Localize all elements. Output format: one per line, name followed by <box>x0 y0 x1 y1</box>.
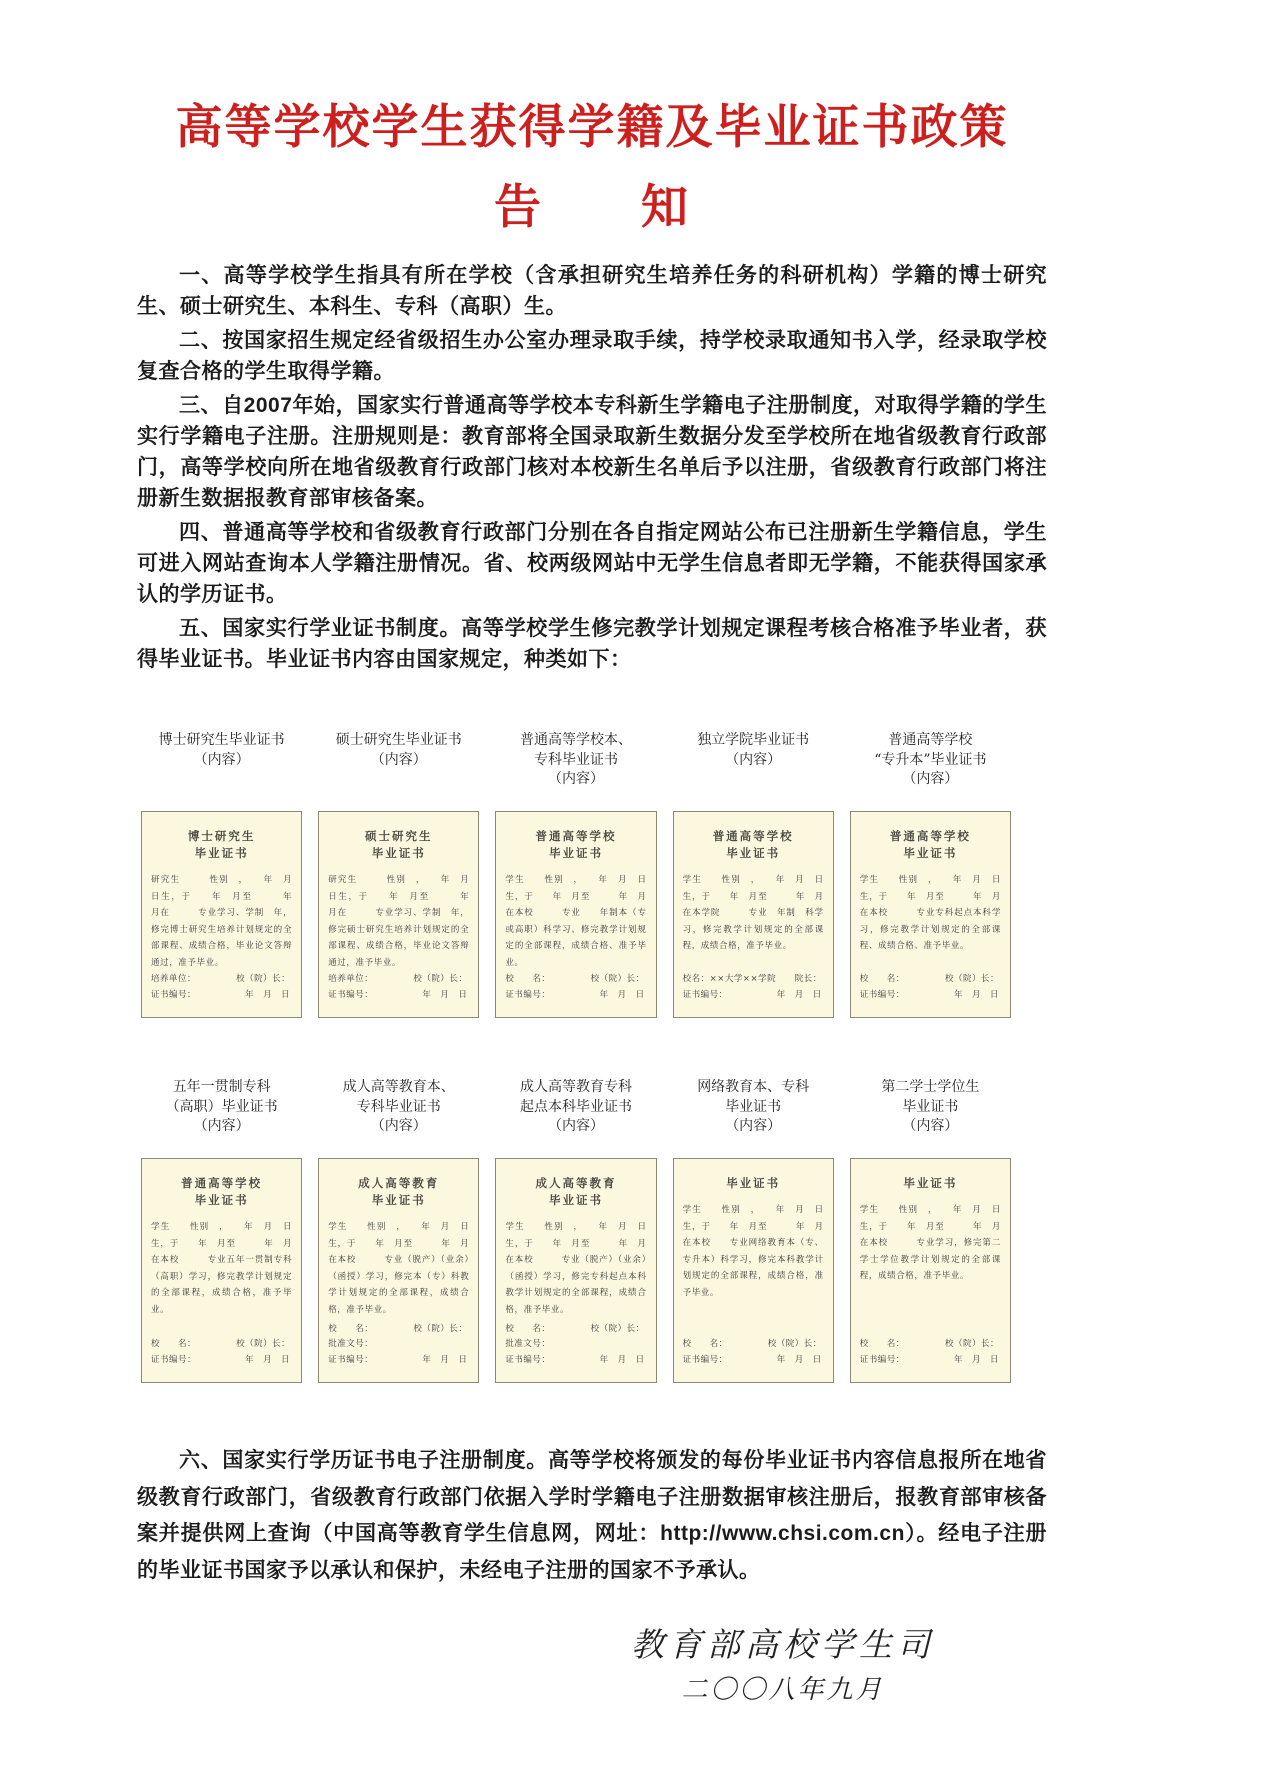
certificate-footer-line: 校 名：校（院）长： <box>151 1337 292 1353</box>
certificate-card-title-line: 毕业证书 <box>328 845 469 862</box>
certificate-footer-left: 证书编号： <box>328 988 373 1004</box>
certificate-footer-left: 证书编号： <box>328 1353 373 1369</box>
certificate-footer-left: 证书编号： <box>860 1353 905 1369</box>
certificate-footer-line: 校 名：校（院）长： <box>505 1322 646 1338</box>
certificate-footer-line: 证书编号：年 月 日 <box>683 1353 824 1369</box>
page-title-line2: 告 知 <box>494 180 690 235</box>
certificate-card: 普通高等学校毕业证书学生 性别 ， 年 月 日生，于 年 月至 年 月在本校 专… <box>850 811 1011 1018</box>
certificate-card-title-line: 毕业证书 <box>328 1192 469 1209</box>
certificate-label-line: 专科毕业证书 <box>495 751 656 771</box>
certificate-footer-right: 年 月 日 <box>422 1353 469 1369</box>
certificate-footer-right: 年 月 日 <box>245 1353 292 1369</box>
certificate-footer-left: 证书编号： <box>505 988 550 1004</box>
policy-paragraph: 二、按国家招生规定经省级招生办公室办理录取手续，持学校录取通知书入学，经录取学校… <box>137 325 1047 387</box>
certificate-card-footer: 校名：××大学××学院院长：证书编号：年 月 日 <box>683 972 824 1003</box>
certificate-card: 普通高等学校毕业证书学生 性别 ， 年 月 日生，于 年 月至 年 月在本校 专… <box>495 811 656 1018</box>
certificate-cell: 网络教育本、专科毕业证书（内容）毕业证书学生 性别 ， 年 月 日生，于 年 月… <box>673 1074 834 1383</box>
certificate-card-title-line: 普通高等学校 <box>683 828 824 845</box>
certificate-card-title-line: 博士研究生 <box>151 828 292 845</box>
certificate-label-line: 成人高等教育本、 <box>318 1078 479 1098</box>
certificate-card-title-line: 毕业证书 <box>505 845 646 862</box>
certificate-label: 网络教育本、专科毕业证书（内容） <box>673 1074 834 1158</box>
certificate-footer-line: 证书编号：年 月 日 <box>328 988 469 1004</box>
certificate-label-line: 普通高等学校 <box>850 731 1011 751</box>
certificate-footer-left: 校 名： <box>860 1337 905 1353</box>
certificate-card-title-line: 普通高等学校 <box>860 828 1001 845</box>
certificate-label: 第二学士学位生毕业证书（内容） <box>850 1074 1011 1158</box>
certificate-footer-right: 年 月 日 <box>777 1353 824 1369</box>
certificate-footer-left: 校 名： <box>328 1322 373 1338</box>
certificate-label-line: 毕业证书 <box>850 1098 1011 1118</box>
certificate-card-footer: 校 名：校（院）长：批准文号：证书编号：年 月 日 <box>328 1322 469 1369</box>
certificate-footer-line: 批准文号： <box>328 1337 469 1353</box>
certificate-card-title-line: 毕业证书 <box>505 1192 646 1209</box>
closing-section: 六、国家实行学历证书电子注册制度。高等学校将颁发的每份毕业证书内容信息报所在地省… <box>137 1443 1047 1589</box>
certificate-footer-line: 校 名：校（院）长： <box>328 1322 469 1338</box>
certificate-cell: 五年一贯制专科（高职）毕业证书（内容）普通高等学校毕业证书学生 性别 ， 年 月… <box>141 1074 302 1383</box>
certificate-card-body: 研究生 性别 ， 年 月 日生，于 年 月至 年 月在 专业学习、学制 年，修完… <box>151 872 292 971</box>
certificate-footer-right <box>645 1337 647 1353</box>
certificate-label: 硕士研究生毕业证书（内容） <box>318 727 479 811</box>
certificate-card-title-line: 普通高等学校 <box>505 828 646 845</box>
certificate-card: 普通高等学校毕业证书学生 性别 ， 年 月 日生，于 年 月至 年 月在本校 专… <box>141 1158 302 1383</box>
certificate-footer-line: 校名：××大学××学院院长： <box>683 972 824 988</box>
certificate-footer-left: 证书编号： <box>151 1353 196 1369</box>
certificate-label-line: 毕业证书 <box>673 1098 834 1118</box>
certificate-footer-right: 年 月 日 <box>954 988 1001 1004</box>
certificate-footer-right: 年 月 日 <box>777 988 824 1004</box>
certificate-card-title: 成人高等教育毕业证书 <box>328 1175 469 1209</box>
certificate-footer-line: 证书编号：年 月 日 <box>151 1353 292 1369</box>
certificate-footer-right: 校（院）长： <box>413 1322 469 1338</box>
certificate-card-title: 普通高等学校毕业证书 <box>505 828 646 862</box>
certificate-card-body: 学生 性别 ， 年 月 日生，于 年 月至 年 月在本学院 专业 年制 科学习，… <box>683 872 824 955</box>
certificate-footer-right: 校（院）长： <box>236 1337 292 1353</box>
certificate-label: 独立学院毕业证书（内容） <box>673 727 834 811</box>
certificate-card: 毕业证书学生 性别 ， 年 月 日生，于 年 月至 年 月在本校 专业学习，修完… <box>850 1158 1011 1383</box>
certificate-card-title-line: 普通高等学校 <box>151 1175 292 1192</box>
certificate-footer-left: 培养单位： <box>151 972 196 988</box>
certificate-footer-line: 证书编号：年 月 日 <box>860 1353 1001 1369</box>
certificate-label-line: 起点本科毕业证书 <box>495 1098 656 1118</box>
certificate-card-footer: 校 名：校（院）长：证书编号：年 月 日 <box>860 972 1001 1003</box>
certificate-label-line: （内容） <box>850 1117 1011 1137</box>
certificate-card: 硕士研究生毕业证书研究生 性别 ， 年 月 日生，于 年 月至 年 月在 专业学… <box>318 811 479 1018</box>
certificate-label: 普通高等学校“专升本”毕业证书（内容） <box>850 727 1011 811</box>
certificate-card-title: 普通高等学校毕业证书 <box>860 828 1001 862</box>
certificate-card-body: 研究生 性别 ， 年 月 日生，于 年 月至 年 月在 专业学习、学制 年，修完… <box>328 872 469 971</box>
certificate-label-line: 第二学士学位生 <box>850 1078 1011 1098</box>
signature-block: 教育部高校学生司 二〇〇八年九月 <box>137 1625 1047 1707</box>
certificate-card-footer: 培养单位：校（院）长：证书编号：年 月 日 <box>328 972 469 1003</box>
certificate-card-title-line: 毕业证书 <box>860 845 1001 862</box>
certificate-footer-left: 批准文号： <box>505 1337 550 1353</box>
page-title-line1: 高等学校学生获得学籍及毕业证书政策 <box>176 100 1009 155</box>
certificate-label-line: （高职）毕业证书 <box>141 1098 302 1118</box>
certificate-footer-left: 证书编号： <box>683 988 728 1004</box>
policy-paragraph: 三、自2007年始，国家实行普通高等学校本专科新生学籍电子注册制度，对取得学籍的… <box>137 390 1047 514</box>
certificate-footer-right: 校（院）长： <box>236 972 292 988</box>
certificate-label-line: 五年一贯制专科 <box>141 1078 302 1098</box>
certificate-label-line: 硕士研究生毕业证书 <box>318 731 479 751</box>
certificate-card-footer: 培养单位：校（院）长：证书编号：年 月 日 <box>151 972 292 1003</box>
certificate-label-line: （内容） <box>673 1117 834 1137</box>
certificate-card-title: 毕业证书 <box>860 1175 1001 1192</box>
certificate-label: 博士研究生毕业证书（内容） <box>141 727 302 811</box>
certificate-footer-left: 校 名： <box>683 1337 728 1353</box>
closing-paragraph: 六、国家实行学历证书电子注册制度。高等学校将颁发的每份毕业证书内容信息报所在地省… <box>137 1443 1047 1589</box>
policy-paragraph: 五、国家实行学业证书制度。高等学校学生修完教学计划规定课程考核合格准予毕业者，获… <box>137 613 1047 675</box>
certificate-footer-line: 培养单位：校（院）长： <box>151 972 292 988</box>
certificate-card-body: 学生 性别 ， 年 月 日生，于 年 月至 年 月在本校 专业五年一贯制专科（高… <box>151 1219 292 1318</box>
certificate-card-title: 普通高等学校毕业证书 <box>683 828 824 862</box>
certificate-card-body: 学生 性别 ， 年 月 日生，于 年 月至 年 月在本校 专业（脱产）（业余）（… <box>328 1219 469 1318</box>
certificate-card-title: 博士研究生毕业证书 <box>151 828 292 862</box>
certificate-footer-right: 年 月 日 <box>954 1353 1001 1369</box>
certificate-card: 普通高等学校毕业证书学生 性别 ， 年 月 日生，于 年 月至 年 月在本学院 … <box>673 811 834 1018</box>
certificate-cell: 成人高等教育专科起点本科毕业证书（内容）成人高等教育毕业证书学生 性别 ， 年 … <box>495 1074 656 1383</box>
certificate-footer-left: 证书编号： <box>860 988 905 1004</box>
signature-issuer: 教育部高校学生司 <box>631 1625 935 1665</box>
certificate-card-footer: 校 名：校（院）长：证书编号：年 月 日 <box>151 1337 292 1368</box>
certificate-label: 成人高等教育本、专科毕业证书（内容） <box>318 1074 479 1158</box>
certificate-card-title: 普通高等学校毕业证书 <box>151 1175 292 1209</box>
certificate-footer-left: 批准文号： <box>328 1337 373 1353</box>
certificate-label: 五年一贯制专科（高职）毕业证书（内容） <box>141 1074 302 1158</box>
signature-date: 二〇〇八年九月 <box>631 1673 935 1707</box>
certificate-label-line: 普通高等学校本、 <box>495 731 656 751</box>
certificate-cell: 独立学院毕业证书（内容）普通高等学校毕业证书学生 性别 ， 年 月 日生，于 年… <box>673 727 834 1018</box>
certificate-cell: 成人高等教育本、专科毕业证书（内容）成人高等教育毕业证书学生 性别 ， 年 月 … <box>318 1074 479 1383</box>
certificate-cell: 普通高等学校“专升本”毕业证书（内容）普通高等学校毕业证书学生 性别 ， 年 月… <box>850 727 1011 1018</box>
certificate-footer-left: 证书编号： <box>505 1353 550 1369</box>
certificate-card-body: 学生 性别 ， 年 月 日生，于 年 月至 年 月在本校 专业 年制本（专或高职… <box>505 872 646 971</box>
certificate-footer-right: 校（院）长： <box>591 1322 647 1338</box>
certificate-footer-line: 证书编号：年 月 日 <box>683 988 824 1004</box>
certificate-cell: 第二学士学位生毕业证书（内容）毕业证书学生 性别 ， 年 月 日生，于 年 月至… <box>850 1074 1011 1383</box>
certificate-footer-left: 校 名： <box>505 1322 550 1338</box>
certificate-card-body: 学生 性别 ， 年 月 日生，于 年 月至 年 月在本校 专业网络教育本（专、专… <box>683 1202 824 1301</box>
certificate-card: 博士研究生毕业证书研究生 性别 ， 年 月 日生，于 年 月至 年 月在 专业学… <box>141 811 302 1018</box>
certificate-label-line: （内容） <box>495 1117 656 1137</box>
certificate-label-line: （内容） <box>673 751 834 771</box>
certificate-card: 成人高等教育毕业证书学生 性别 ， 年 月 日生，于 年 月至 年 月在本校 专… <box>495 1158 656 1383</box>
certificate-card-title-line: 毕业证书 <box>860 1175 1001 1192</box>
certificate-card-body: 学生 性别 ， 年 月 日生，于 年 月至 年 月在本校 专业（脱产）（业余）（… <box>505 1219 646 1318</box>
certificate-label-line: 独立学院毕业证书 <box>673 731 834 751</box>
certificate-card-title-line: 硕士研究生 <box>328 828 469 845</box>
page-title: 高等学校学生获得学籍及毕业证书政策告 知 <box>137 88 1047 248</box>
policy-paragraphs: 一、高等学校学生指具有所在学校（含承担研究生培养任务的科研机构）学籍的博士研究生… <box>137 260 1047 675</box>
document-page: 高等学校学生获得学籍及毕业证书政策告 知 一、高等学校学生指具有所在学校（含承担… <box>0 0 1280 1776</box>
certificate-footer-right: 年 月 日 <box>600 1353 647 1369</box>
certificate-card-title-line: 成人高等教育 <box>328 1175 469 1192</box>
certificate-footer-right: 年 月 日 <box>600 988 647 1004</box>
certificate-footer-right: 校（院）长： <box>591 972 647 988</box>
certificate-footer-left: 校 名： <box>151 1337 196 1353</box>
certificate-footer-left: 培养单位： <box>328 972 373 988</box>
certificate-card: 毕业证书学生 性别 ， 年 月 日生，于 年 月至 年 月在本校 专业网络教育本… <box>673 1158 834 1383</box>
certificate-card-footer: 校 名：校（院）长：批准文号：证书编号：年 月 日 <box>505 1322 646 1369</box>
certificate-card: 成人高等教育毕业证书学生 性别 ， 年 月 日生，于 年 月至 年 月在本校 专… <box>318 1158 479 1383</box>
certificate-label: 普通高等学校本、专科毕业证书（内容） <box>495 727 656 811</box>
certificate-label-line: “专升本”毕业证书 <box>850 751 1011 771</box>
certificate-footer-line: 校 名：校（院）长： <box>860 1337 1001 1353</box>
certificate-footer-line: 证书编号：年 月 日 <box>860 988 1001 1004</box>
policy-paragraph: 四、普通高等学校和省级教育行政部门分别在各自指定网站公布已注册新生学籍信息，学生… <box>137 517 1047 610</box>
certificate-footer-left: 校 名： <box>860 972 905 988</box>
certificate-footer-right <box>467 1337 469 1353</box>
certificate-label-line: （内容） <box>318 751 479 771</box>
certificate-label-line: 网络教育本、专科 <box>673 1078 834 1098</box>
certificate-footer-line: 证书编号：年 月 日 <box>505 1353 646 1369</box>
certificate-footer-right: 校（院）长： <box>945 1337 1001 1353</box>
certificate-footer-line: 证书编号：年 月 日 <box>328 1353 469 1369</box>
certificate-grid: 博士研究生毕业证书（内容）博士研究生毕业证书研究生 性别 ， 年 月 日生，于 … <box>141 727 1011 1383</box>
policy-paragraph: 一、高等学校学生指具有所在学校（含承担研究生培养任务的科研机构）学籍的博士研究生… <box>137 260 1047 322</box>
certificate-footer-right: 校（院）长： <box>945 972 1001 988</box>
certificate-footer-left: 证书编号： <box>683 1353 728 1369</box>
certificate-card-title-line: 毕业证书 <box>151 1192 292 1209</box>
certificate-card-title-line: 成人高等教育 <box>505 1175 646 1192</box>
certificate-footer-right: 校（院）长： <box>768 1337 824 1353</box>
certificate-cell: 博士研究生毕业证书（内容）博士研究生毕业证书研究生 性别 ， 年 月 日生，于 … <box>141 727 302 1018</box>
certificate-card-title-line: 毕业证书 <box>683 1175 824 1192</box>
certificate-footer-right: 院长： <box>795 972 824 988</box>
certificate-label-line: （内容） <box>495 770 656 790</box>
certificate-cell: 普通高等学校本、专科毕业证书（内容）普通高等学校毕业证书学生 性别 ， 年 月 … <box>495 727 656 1018</box>
certificate-footer-line: 校 名：校（院）长： <box>860 972 1001 988</box>
certificate-card-footer: 校 名：校（院）长：证书编号：年 月 日 <box>860 1337 1001 1368</box>
certificate-footer-right: 年 月 日 <box>422 988 469 1004</box>
certificate-label-line: 博士研究生毕业证书 <box>141 731 302 751</box>
certificate-footer-line: 校 名：校（院）长： <box>683 1337 824 1353</box>
certificate-footer-line: 批准文号： <box>505 1337 646 1353</box>
certificate-label-line: 成人高等教育专科 <box>495 1078 656 1098</box>
certificate-footer-left: 校名：××大学××学院 <box>683 972 777 988</box>
certificate-footer-line: 证书编号：年 月 日 <box>151 988 292 1004</box>
certificate-card-title-line: 毕业证书 <box>683 845 824 862</box>
certificate-cell: 硕士研究生毕业证书（内容）硕士研究生毕业证书研究生 性别 ， 年 月 日生，于 … <box>318 727 479 1018</box>
certificate-card-footer: 校 名：校（院）长：证书编号：年 月 日 <box>683 1337 824 1368</box>
certificate-label-line: （内容） <box>141 751 302 771</box>
certificate-footer-line: 培养单位：校（院）长： <box>328 972 469 988</box>
certificate-footer-line: 校 名：校（院）长： <box>505 972 646 988</box>
certificate-label-line: 专科毕业证书 <box>318 1098 479 1118</box>
certificate-footer-left: 证书编号： <box>151 988 196 1004</box>
certificate-label-line: （内容） <box>141 1117 302 1137</box>
certificate-card-footer: 校 名：校（院）长：证书编号：年 月 日 <box>505 972 646 1003</box>
certificate-label-line: （内容） <box>850 770 1011 790</box>
certificate-footer-line: 证书编号：年 月 日 <box>505 988 646 1004</box>
certificate-card-title-line: 毕业证书 <box>151 845 292 862</box>
certificate-card-title: 毕业证书 <box>683 1175 824 1192</box>
signature-inner: 教育部高校学生司 二〇〇八年九月 <box>631 1625 935 1707</box>
certificate-label-line: （内容） <box>318 1117 479 1137</box>
certificate-card-body: 学生 性别 ， 年 月 日生，于 年 月至 年 月在本校 专业学习，修完第二学士… <box>860 1202 1001 1285</box>
certificate-card-title: 硕士研究生毕业证书 <box>328 828 469 862</box>
certificate-label: 成人高等教育专科起点本科毕业证书（内容） <box>495 1074 656 1158</box>
certificate-card-title: 成人高等教育毕业证书 <box>505 1175 646 1209</box>
certificate-footer-right: 年 月 日 <box>245 988 292 1004</box>
certificate-footer-left: 校 名： <box>505 972 550 988</box>
certificate-card-body: 学生 性别 ， 年 月 日生，于 年 月至 年 月在本校 专业专科起点本科学习，… <box>860 872 1001 955</box>
certificate-footer-right: 校（院）长： <box>413 972 469 988</box>
